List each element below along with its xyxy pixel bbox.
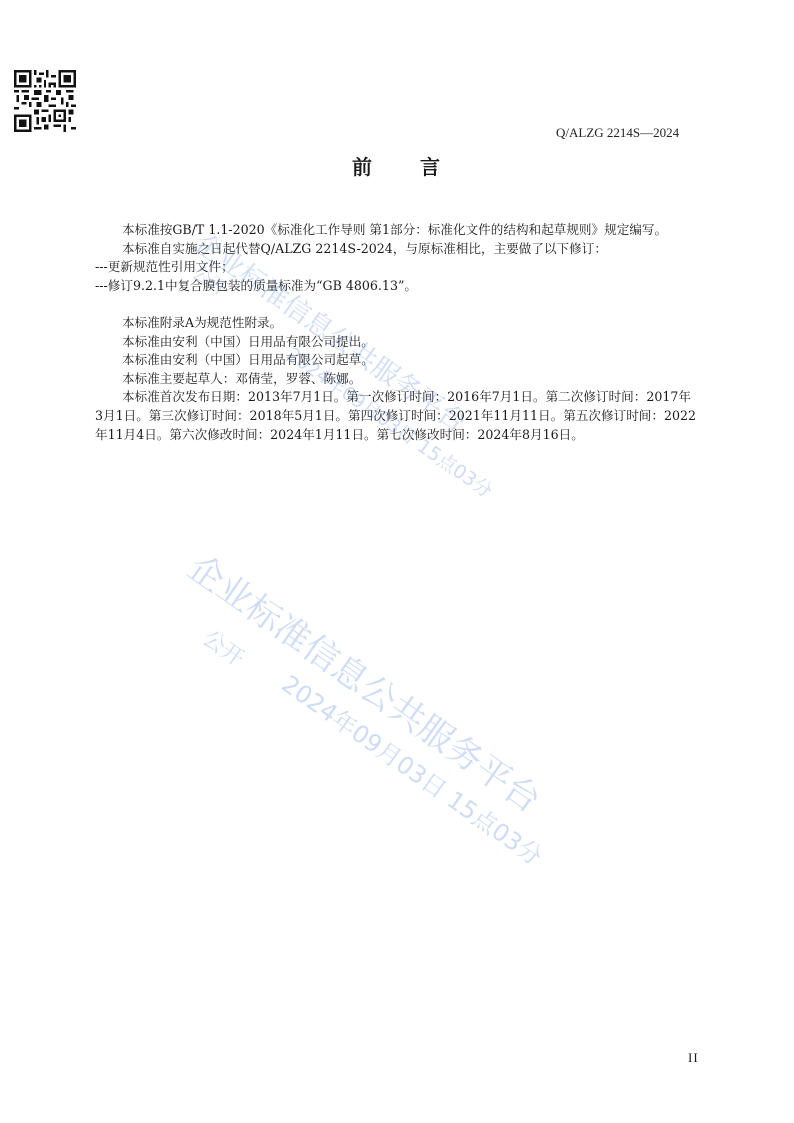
foreword-body: 本标准按GB/T 1.1-2020《标准化工作导则 第1部分：标准化文件的结构和… xyxy=(95,221,721,444)
title-char-2: 言 xyxy=(420,151,442,180)
watermark-timestamp-lower: 2024年09月03日 15点03分 xyxy=(276,665,551,872)
paragraph-drafters: 本标准主要起草人：邓倩莹，罗蓉、陈娜。 xyxy=(95,370,721,389)
blank-line xyxy=(95,295,721,314)
standard-code: Q/ALZG 2214S—2024 xyxy=(556,125,679,141)
watermark-public-lower: 公开 xyxy=(197,622,251,673)
paragraph-replacement: 本标准自实施之日起代替Q/ALZG 2214S-2024，与原标准相比，主要做了… xyxy=(95,240,721,259)
paragraph-drafting-rules: 本标准按GB/T 1.1-2020《标准化工作导则 第1部分：标准化文件的结构和… xyxy=(95,221,721,240)
paragraph-proposer: 本标准由安利（中国）日用品有限公司提出。 xyxy=(95,333,721,352)
revision-item-2: ---修订9.2.1中复合膜包装的质量标准为“GB 4806.13”。 xyxy=(95,277,721,296)
paragraph-drafter-org: 本标准由安利（中国）日用品有限公司起草。 xyxy=(95,351,721,370)
paragraph-appendix: 本标准附录A为规范性附录。 xyxy=(95,314,721,333)
watermark-platform-lower: 企业标准信息公共服务平台 xyxy=(179,541,552,823)
page-title: 前言 xyxy=(0,151,794,180)
title-char-1: 前 xyxy=(352,151,374,180)
page-number: II xyxy=(688,1050,699,1066)
history-line-1: 本标准首次发布日期：2013年7月1日。第一次修订时间：2016年7月1日。第二… xyxy=(95,388,721,407)
qr-code xyxy=(14,70,76,132)
history-line-2: 3月1日。第三次修订时间：2018年5月1日。第四次修订时间：2021年11月1… xyxy=(95,407,721,426)
history-line-3: 年11月4日。第六次修改时间：2024年1月11日。第七次修改时间：2024年8… xyxy=(95,426,721,445)
revision-item-1: ---更新规范性引用文件； xyxy=(95,258,721,277)
